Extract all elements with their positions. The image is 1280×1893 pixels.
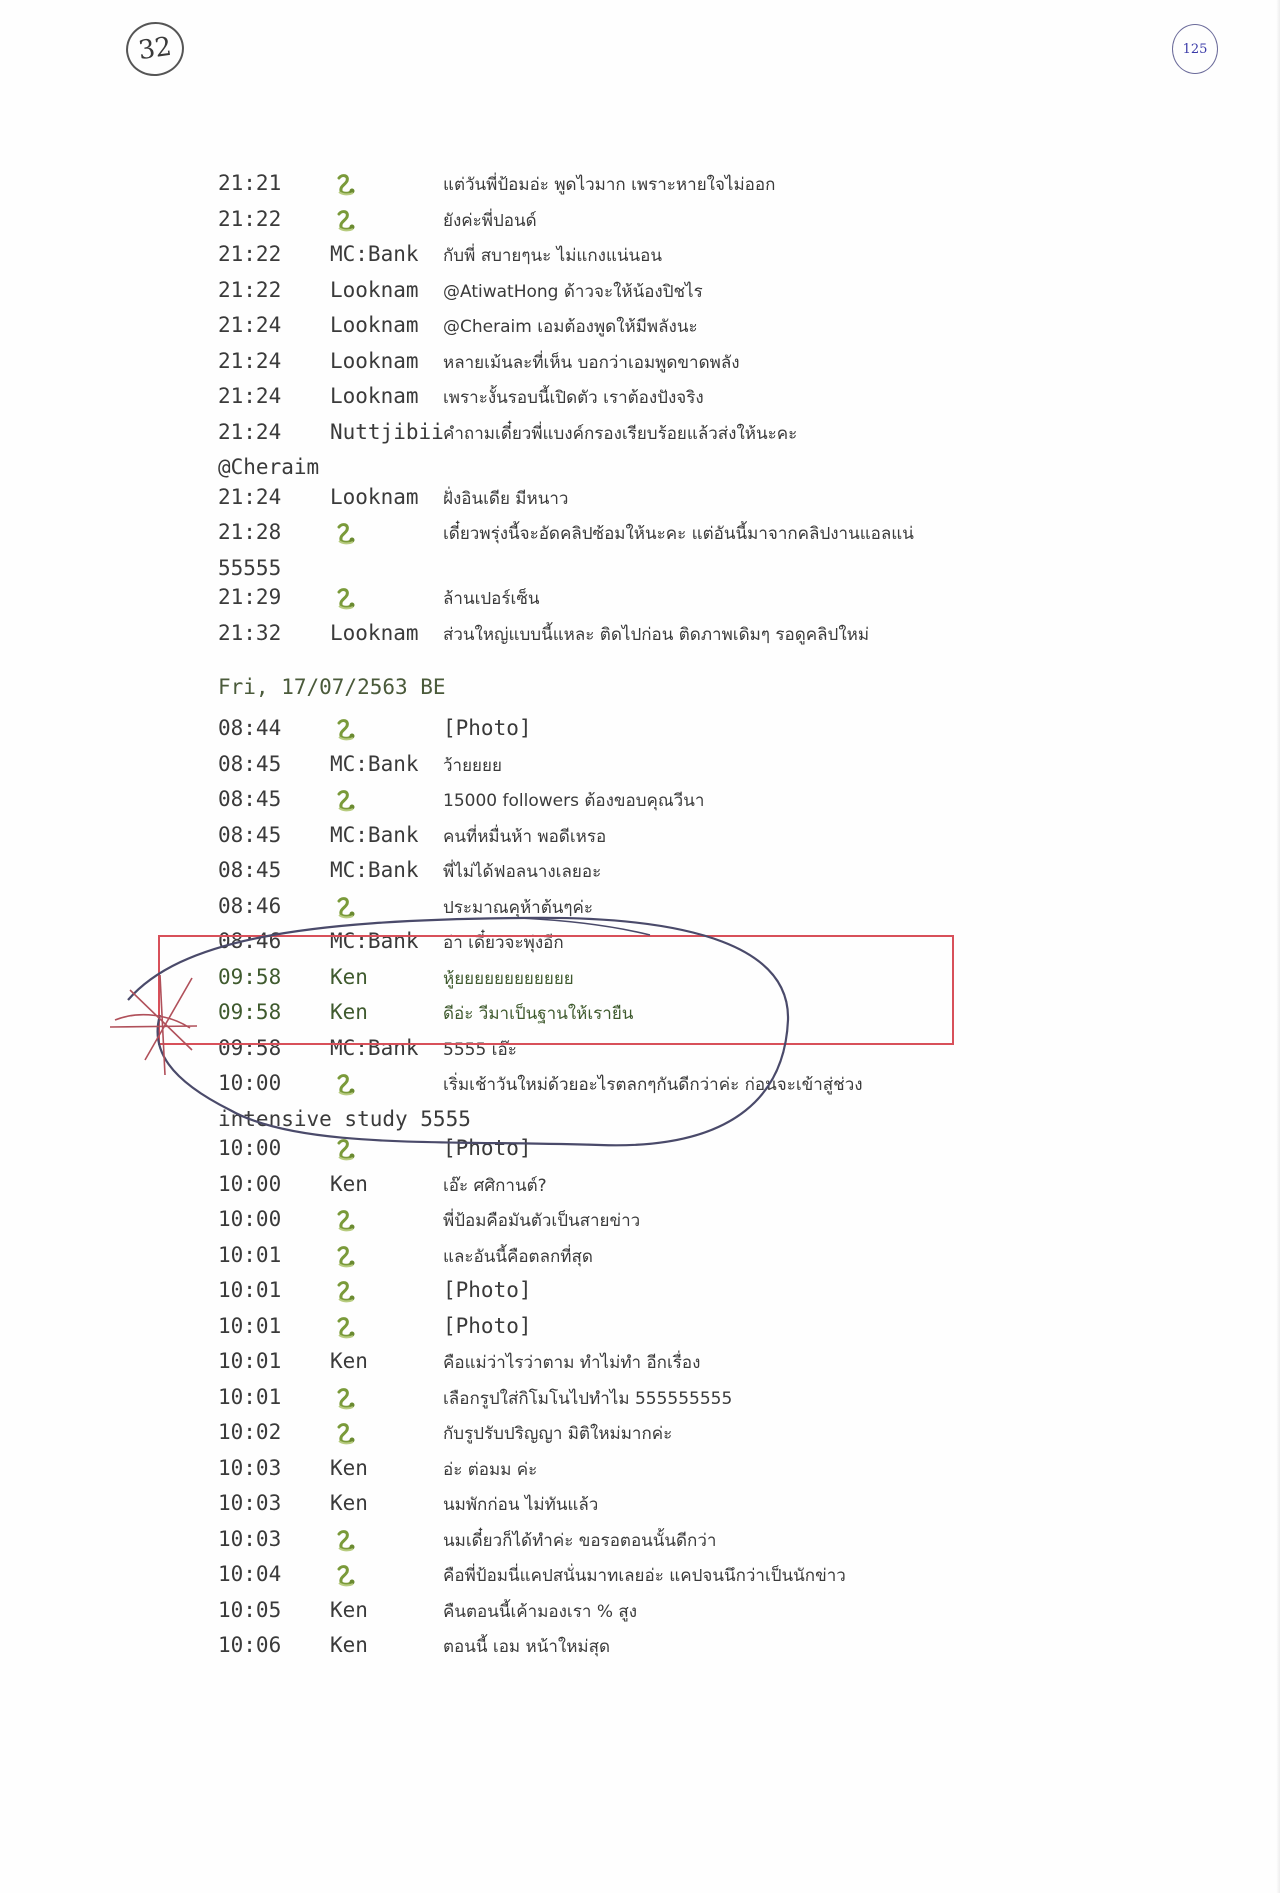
message-text: [Photo] <box>443 1278 532 1302</box>
message-time: 08:45 <box>218 747 330 783</box>
message-continuation: intensive study 5555 <box>218 1104 1118 1134</box>
message-time: 08:45 <box>218 782 330 818</box>
snake-sticker-icon <box>334 1244 356 1268</box>
message-time: 10:00 <box>218 1202 330 1238</box>
chat-message-row: 21:22ยังค่ะพี่ปอนด์ <box>218 202 1118 238</box>
message-sender <box>330 1309 443 1345</box>
chat-message-row: 08:45MC:Bankว้ายยยย <box>218 747 1118 783</box>
message-text: ยังค่ะพี่ปอนด์ <box>443 211 537 231</box>
scanned-document-page: 32 125 21:21แต่วันพี่ป้อมอ่ะ พูดไวมาก เพ… <box>0 0 1280 1893</box>
snake-sticker-icon <box>334 586 356 610</box>
message-sender: Looknam <box>330 379 443 415</box>
chat-log-day1: 21:21แต่วันพี่ป้อมอ่ะ พูดไวมาก เพราะหายใ… <box>218 166 1118 651</box>
chat-message-row: 21:24Looknamหลายเม้นละที่เห็น บอกว่าเอมพ… <box>218 344 1118 380</box>
chat-message-row: 10:01เลือกรูปใส่กิโมโนไปทำไม 555555555 <box>218 1380 1118 1416</box>
snake-sticker-icon <box>334 1137 356 1161</box>
message-sender: MC:Bank <box>330 237 443 273</box>
chat-message-row: 08:4515000 followers ต้องขอบคุณวีนา <box>218 782 1118 818</box>
message-time: 21:22 <box>218 273 330 309</box>
message-text: @Cheraim เอมต้องพูดให้มีพลังนะ <box>443 317 698 337</box>
message-time: 08:44 <box>218 711 330 747</box>
message-text: เลือกรูปใส่กิโมโนไปทำไม 555555555 <box>443 1389 732 1409</box>
message-text: ว้ายยยย <box>443 756 502 776</box>
message-continuation: @Cheraim <box>218 452 1118 482</box>
message-time: 10:00 <box>218 1131 330 1167</box>
message-time: 21:24 <box>218 415 330 451</box>
message-sender: Looknam <box>330 273 443 309</box>
message-sender: Ken <box>330 1486 443 1522</box>
message-sender <box>330 1380 443 1416</box>
message-text: พี่ไม่ได้ฟอลนางเลยอะ <box>443 862 601 882</box>
message-text: เริ่มเช้าวันใหม่ด้วยอะไรตลกๆกันดีกว่าค่ะ… <box>443 1075 863 1095</box>
message-time: 21:24 <box>218 308 330 344</box>
message-time: 21:28 <box>218 515 330 551</box>
message-sender: MC:Bank <box>330 747 443 783</box>
message-text: ตอนนี้ เอม หน้าใหม่สุด <box>443 1637 610 1657</box>
message-text: และอันนี้คือตลกที่สุด <box>443 1247 593 1267</box>
chat-message-row: 10:00[Photo] <box>218 1131 1118 1167</box>
message-time: 10:03 <box>218 1451 330 1487</box>
message-text: แต่วันพี่ป้อมอ่ะ พูดไวมาก เพราะหายใจไม่อ… <box>443 175 775 195</box>
message-sender: Ken <box>330 1628 443 1664</box>
message-text: เพราะงั้นรอบนี้เปิดตัว เราต้องปังจริง <box>443 388 704 408</box>
message-sender <box>330 580 443 616</box>
chat-message-row: 10:00เริ่มเช้าวันใหม่ด้วยอะไรตลกๆกันดีกว… <box>218 1066 1118 1131</box>
chat-message-row: 10:01[Photo] <box>218 1309 1118 1345</box>
snake-sticker-icon <box>334 1421 356 1445</box>
message-time: 10:06 <box>218 1628 330 1664</box>
snake-sticker-icon <box>334 1072 356 1096</box>
chat-message-row: 10:03Kenอ่ะ ต่อมม ค่ะ <box>218 1451 1118 1487</box>
message-text: นมพักก่อน ไม่ทันแล้ว <box>443 1495 598 1515</box>
message-sender <box>330 782 443 818</box>
message-sender <box>330 1522 443 1558</box>
message-text: หลายเม้นละที่เห็น บอกว่าเอมพูดขาดพลัง <box>443 353 740 373</box>
message-sender: MC:Bank <box>330 853 443 889</box>
message-time: 21:24 <box>218 344 330 380</box>
message-time: 10:05 <box>218 1593 330 1629</box>
message-sender <box>330 1238 443 1274</box>
message-time: 21:22 <box>218 237 330 273</box>
chat-message-row: 21:32Looknamส่วนใหญ่แบบนี้แหละ ติดไปก่อน… <box>218 616 1118 652</box>
snake-sticker-icon <box>334 1315 356 1339</box>
message-text: กับรูปรับปริญญา มิติใหม่มากค่ะ <box>443 1424 672 1444</box>
chat-message-row: 21:22Looknam@AtiwatHong ด้าวจะให้น้องปิช… <box>218 273 1118 309</box>
message-sender: Ken <box>330 1451 443 1487</box>
chat-message-row: 10:06Kenตอนนี้ เอม หน้าใหม่สุด <box>218 1628 1118 1664</box>
message-time: 08:45 <box>218 818 330 854</box>
message-sender: Ken <box>330 1593 443 1629</box>
chat-message-row: 08:44[Photo] <box>218 711 1118 747</box>
message-sender: Looknam <box>330 308 443 344</box>
message-time: 21:32 <box>218 616 330 652</box>
message-sender <box>330 1557 443 1593</box>
chat-message-row: 08:45MC:Bankคนที่หมื่นห้า พอดีเหรอ <box>218 818 1118 854</box>
message-text: กับพี่ สบายๆนะ ไม่แกงแน่นอน <box>443 246 662 266</box>
chat-message-row: 10:01Kenคือแม่ว่าไรว่าตาม ทำไม่ทำ อีกเรื… <box>218 1344 1118 1380</box>
chat-message-row: 10:01และอันนี้คือตลกที่สุด <box>218 1238 1118 1274</box>
chat-message-row: 21:24Looknam@Cheraim เอมต้องพูดให้มีพลัง… <box>218 308 1118 344</box>
message-sender: Looknam <box>330 344 443 380</box>
message-sender <box>330 515 443 551</box>
chat-message-row: 10:01[Photo] <box>218 1273 1118 1309</box>
message-time: 21:21 <box>218 166 330 202</box>
message-text: @AtiwatHong ด้าวจะให้น้องปิชไร <box>443 282 703 302</box>
message-text: นมเดี๋ยวก็ได้ทำค่ะ ขอรอตอนนั้นดีกว่า <box>443 1531 716 1551</box>
message-text: พี่ป้อมคือมันตัวเป็นสายข่าว <box>443 1211 640 1231</box>
chat-message-row: 21:28เดี๋ยวพรุ่งนี้จะอัดคลิปซ้อมให้นะคะ … <box>218 515 1118 580</box>
message-text: ส่วนใหญ่แบบนี้แหละ ติดไปก่อน ติดภาพเดิมๆ… <box>443 625 869 645</box>
chat-message-row: 08:45MC:Bankพี่ไม่ได้ฟอลนางเลยอะ <box>218 853 1118 889</box>
message-time: 10:01 <box>218 1344 330 1380</box>
message-time: 21:22 <box>218 202 330 238</box>
snake-sticker-icon <box>334 1528 356 1552</box>
message-time: 21:24 <box>218 379 330 415</box>
message-text: เดี๋ยวพรุ่งนี้จะอัดคลิปซ้อมให้นะคะ แต่อั… <box>443 524 914 544</box>
chat-message-row: 21:22MC:Bankกับพี่ สบายๆนะ ไม่แกงแน่นอน <box>218 237 1118 273</box>
message-text: คนที่หมื่นห้า พอดีเหรอ <box>443 827 606 847</box>
red-annotation-box <box>158 935 954 1045</box>
snake-sticker-icon <box>334 1386 356 1410</box>
message-sender <box>330 1131 443 1167</box>
chat-message-row: 21:24Looknamฝั่งอินเดีย มีหนาว <box>218 480 1118 516</box>
chat-log-day2: 08:44[Photo]08:45MC:Bankว้ายยยย08:451500… <box>218 711 1118 1664</box>
snake-sticker-icon <box>334 208 356 232</box>
snake-sticker-icon <box>334 1279 356 1303</box>
chat-message-row: 08:46ประมาณคุห้าต้นๆค่ะ <box>218 889 1118 925</box>
chat-message-row: 10:04คือพี่ป้อมนี่แคปสนั่นมาทเลยอ่ะ แคปจ… <box>218 1557 1118 1593</box>
message-sender <box>330 889 443 925</box>
message-sender <box>330 1066 443 1102</box>
message-text: ล้านเปอร์เซ็น <box>443 589 540 609</box>
message-text: คือแม่ว่าไรว่าตาม ทำไม่ทำ อีกเรื่อง <box>443 1353 700 1373</box>
chat-message-row: 21:21แต่วันพี่ป้อมอ่ะ พูดไวมาก เพราะหายใ… <box>218 166 1118 202</box>
message-time: 10:01 <box>218 1273 330 1309</box>
message-text: เอ๊ะ ศศิกานต์? <box>443 1176 547 1196</box>
chat-message-row: 10:02กับรูปรับปริญญา มิติใหม่มากค่ะ <box>218 1415 1118 1451</box>
message-time: 10:02 <box>218 1415 330 1451</box>
message-sender <box>330 1202 443 1238</box>
message-sender <box>330 202 443 238</box>
message-text: คืนตอนนี้เค้ามองเรา % สูง <box>443 1602 637 1622</box>
message-text: คือพี่ป้อมนี่แคปสนั่นมาทเลยอ่ะ แคปจนนึกว… <box>443 1566 846 1586</box>
message-time: 10:00 <box>218 1167 330 1203</box>
message-sender: MC:Bank <box>330 818 443 854</box>
snake-sticker-icon <box>334 521 356 545</box>
message-sender <box>330 1273 443 1309</box>
snake-sticker-icon <box>334 788 356 812</box>
snake-sticker-icon <box>334 895 356 919</box>
chat-message-row: 10:03นมเดี๋ยวก็ได้ทำค่ะ ขอรอตอนนั้นดีกว่… <box>218 1522 1118 1558</box>
page-edge <box>1276 0 1280 1893</box>
message-sender: Ken <box>330 1167 443 1203</box>
message-text: อ่ะ ต่อมม ค่ะ <box>443 1460 537 1480</box>
handwritten-page-number-right: 125 <box>1172 24 1218 74</box>
date-header: Fri, 17/07/2563 BE <box>218 651 1118 711</box>
snake-sticker-icon <box>334 1563 356 1587</box>
message-text: ประมาณคุห้าต้นๆค่ะ <box>443 898 593 918</box>
message-text: ฝั่งอินเดีย มีหนาว <box>443 489 568 509</box>
message-time: 21:24 <box>218 480 330 516</box>
message-sender: Ken <box>330 1344 443 1380</box>
message-time: 10:01 <box>218 1238 330 1274</box>
snake-sticker-icon <box>334 717 356 741</box>
message-time: 10:01 <box>218 1380 330 1416</box>
message-time: 21:29 <box>218 580 330 616</box>
message-time: 10:03 <box>218 1486 330 1522</box>
message-sender <box>330 166 443 202</box>
chat-message-row: 10:00พี่ป้อมคือมันตัวเป็นสายข่าว <box>218 1202 1118 1238</box>
message-text: [Photo] <box>443 1136 532 1160</box>
message-sender: Nuttjibii <box>330 415 443 451</box>
message-sender: Looknam <box>330 616 443 652</box>
message-time: 10:04 <box>218 1557 330 1593</box>
message-text: 15000 followers ต้องขอบคุณวีนา <box>443 791 704 811</box>
message-continuation: 55555 <box>218 553 1118 583</box>
chat-message-row: 10:00Kenเอ๊ะ ศศิกานต์? <box>218 1167 1118 1203</box>
chat-log-transcript: 21:21แต่วันพี่ป้อมอ่ะ พูดไวมาก เพราะหายใ… <box>218 166 1118 1664</box>
handwritten-page-number-left: 32 <box>123 18 188 80</box>
message-text: [Photo] <box>443 1314 532 1338</box>
message-time: 08:45 <box>218 853 330 889</box>
chat-message-row: 21:24Looknamเพราะงั้นรอบนี้เปิดตัว เราต้… <box>218 379 1118 415</box>
message-text: [Photo] <box>443 716 532 740</box>
chat-message-row: 21:29ล้านเปอร์เซ็น <box>218 580 1118 616</box>
message-time: 08:46 <box>218 889 330 925</box>
chat-message-row: 21:24Nuttjibiiคำถามเดี๋ยวพี่แบงค์กรองเรี… <box>218 415 1118 480</box>
message-time: 10:00 <box>218 1066 330 1102</box>
chat-message-row: 10:05Kenคืนตอนนี้เค้ามองเรา % สูง <box>218 1593 1118 1629</box>
message-sender <box>330 1415 443 1451</box>
message-sender: Looknam <box>330 480 443 516</box>
message-text: คำถามเดี๋ยวพี่แบงค์กรองเรียบร้อยแล้วส่งใ… <box>443 424 797 444</box>
message-time: 10:01 <box>218 1309 330 1345</box>
message-time: 10:03 <box>218 1522 330 1558</box>
snake-sticker-icon <box>334 172 356 196</box>
message-sender <box>330 711 443 747</box>
chat-message-row: 10:03Kenนมพักก่อน ไม่ทันแล้ว <box>218 1486 1118 1522</box>
snake-sticker-icon <box>334 1208 356 1232</box>
